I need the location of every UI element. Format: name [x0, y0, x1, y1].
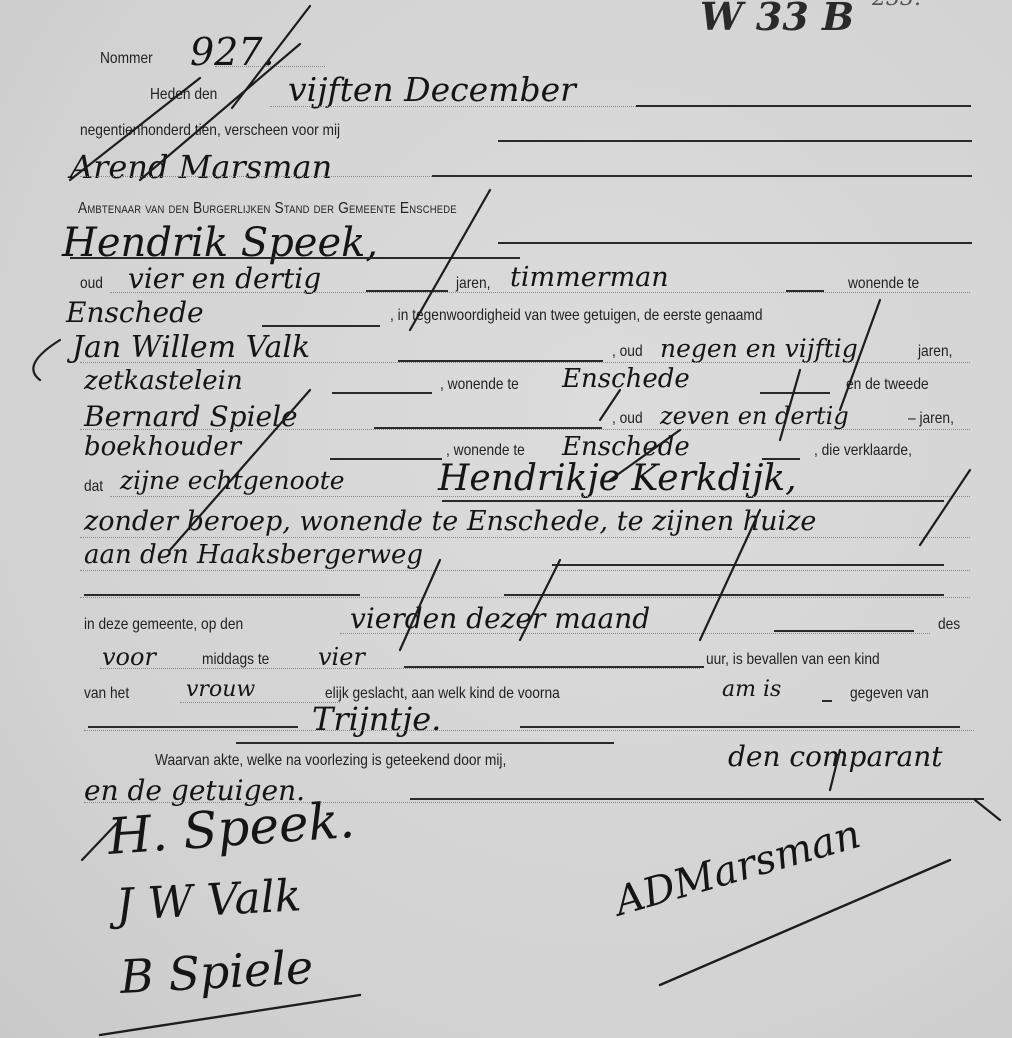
handwritten-sex: vrouw: [186, 677, 255, 702]
text-jaren: jaren,: [918, 343, 952, 361]
text-oud: , oud: [612, 410, 643, 428]
fill-rule: [262, 325, 380, 327]
handwritten-witness2-age: zeven en dertig: [660, 402, 849, 430]
dotted-line: [80, 537, 970, 538]
text-jaren: jaren,: [456, 275, 490, 293]
handwritten-witness1-occupation: zetkastelein: [84, 366, 243, 396]
signature-witness1: J W Valk: [115, 870, 303, 931]
dotted-line: [110, 292, 970, 293]
handwritten-signers: den comparant: [728, 740, 943, 773]
fill-rule: [70, 257, 520, 259]
handwritten-registrar-name: Arend Marsman: [70, 148, 332, 186]
number-label: Nommer: [100, 50, 153, 68]
dotted-line: [80, 362, 970, 363]
dotted-line: [80, 570, 970, 571]
handwritten-birth-date: vierden dezer maand: [350, 602, 650, 635]
fill-rule: [822, 700, 832, 702]
text-en-de-tweede: en de tweede: [846, 376, 929, 394]
fill-rule: [636, 105, 971, 107]
text-tegenwoordigheid: , in tegenwoordigheid van twee getuigen,…: [390, 307, 763, 325]
handwritten-date: vijften December: [288, 70, 576, 109]
dotted-line: [110, 496, 970, 497]
dotted-line: [215, 66, 325, 67]
dotted-line: [80, 597, 970, 598]
page-mark: 233.: [872, 0, 921, 11]
text-year-verscheen: negentienhonderd tien, verscheen voor mi…: [80, 122, 340, 140]
text-van-het: van het: [84, 685, 129, 703]
fill-rule: [774, 630, 914, 632]
text-wonende-te: , wonende te: [440, 376, 519, 394]
handwritten-child-name: Trijntje.: [312, 700, 441, 738]
dotted-line: [100, 668, 700, 669]
text-gegeven-van: gegeven van: [850, 685, 929, 703]
fill-rule: [552, 564, 944, 566]
fill-rule: [442, 500, 944, 502]
handwritten-witness1-residence: Enschede: [562, 364, 690, 394]
handwritten-address: aan den Haaksbergerweg: [84, 540, 423, 570]
fill-rule: [498, 140, 972, 142]
signature-witness2: B Spiele: [119, 940, 315, 1004]
handwritten-father-name: Hendrik Speek,: [62, 220, 378, 266]
handwritten-mother-details: zonder beroep, wonende te Enschede, te z…: [84, 506, 816, 537]
text-waarvan-akte: Waarvan akte, welke na voorlezing is get…: [155, 752, 506, 770]
text-des: des: [938, 616, 960, 634]
text-die-verklaarde: , die verklaarde,: [814, 442, 912, 460]
handwritten-mother-name: Hendrikje Kerkdijk,: [438, 458, 797, 499]
text-is-bevallen: uur, is bevallen van een kind: [706, 651, 880, 669]
text-oud: oud: [80, 275, 103, 293]
fill-rule: [504, 594, 944, 596]
handwritten-witness2-occupation: boekhouder: [84, 432, 241, 462]
handwritten-father-occupation: timmerman: [510, 262, 669, 293]
fill-rule: [410, 798, 984, 800]
archive-mark: W 33 B: [700, 0, 854, 39]
fill-rule: [88, 726, 298, 728]
fill-rule: [84, 594, 360, 596]
fill-rule: [520, 726, 960, 728]
text-wonende-te: wonende te: [848, 275, 919, 293]
handwritten-naam-is: am is: [722, 677, 781, 702]
handwritten-hour: vier: [318, 643, 365, 671]
dotted-line: [340, 633, 930, 634]
fill-rule: [332, 392, 432, 394]
fill-rule: [236, 742, 614, 744]
text-dat: dat: [84, 478, 103, 496]
handwritten-witness1-age: negen en vijftig: [660, 334, 858, 363]
text-in-deze-gemeente: in deze gemeente, op den: [84, 616, 243, 634]
text-middags-te: middags te: [202, 651, 269, 669]
text-heden-den: Heden den: [150, 86, 217, 104]
dotted-line: [84, 730, 974, 731]
number-value: 927.: [190, 30, 275, 74]
handwritten-father-residence: Enschede: [66, 296, 204, 329]
fill-rule: [760, 392, 830, 394]
fill-rule: [432, 175, 972, 177]
fill-rule: [330, 458, 442, 460]
handwritten-relation: zijne echtgenoote: [120, 466, 345, 495]
text-oud: , oud: [612, 343, 643, 361]
handwritten-voor: voor: [102, 643, 156, 671]
handwritten-witness1-name: Jan Willem Valk: [72, 330, 310, 365]
text-ambtenaar: Ambtenaar van den Burgerlijken Stand der…: [78, 200, 457, 218]
text-jaren: – jaren,: [908, 410, 954, 428]
fill-rule: [498, 242, 972, 244]
dotted-line: [80, 429, 970, 430]
handwritten-father-age: vier en dertig: [128, 262, 321, 295]
